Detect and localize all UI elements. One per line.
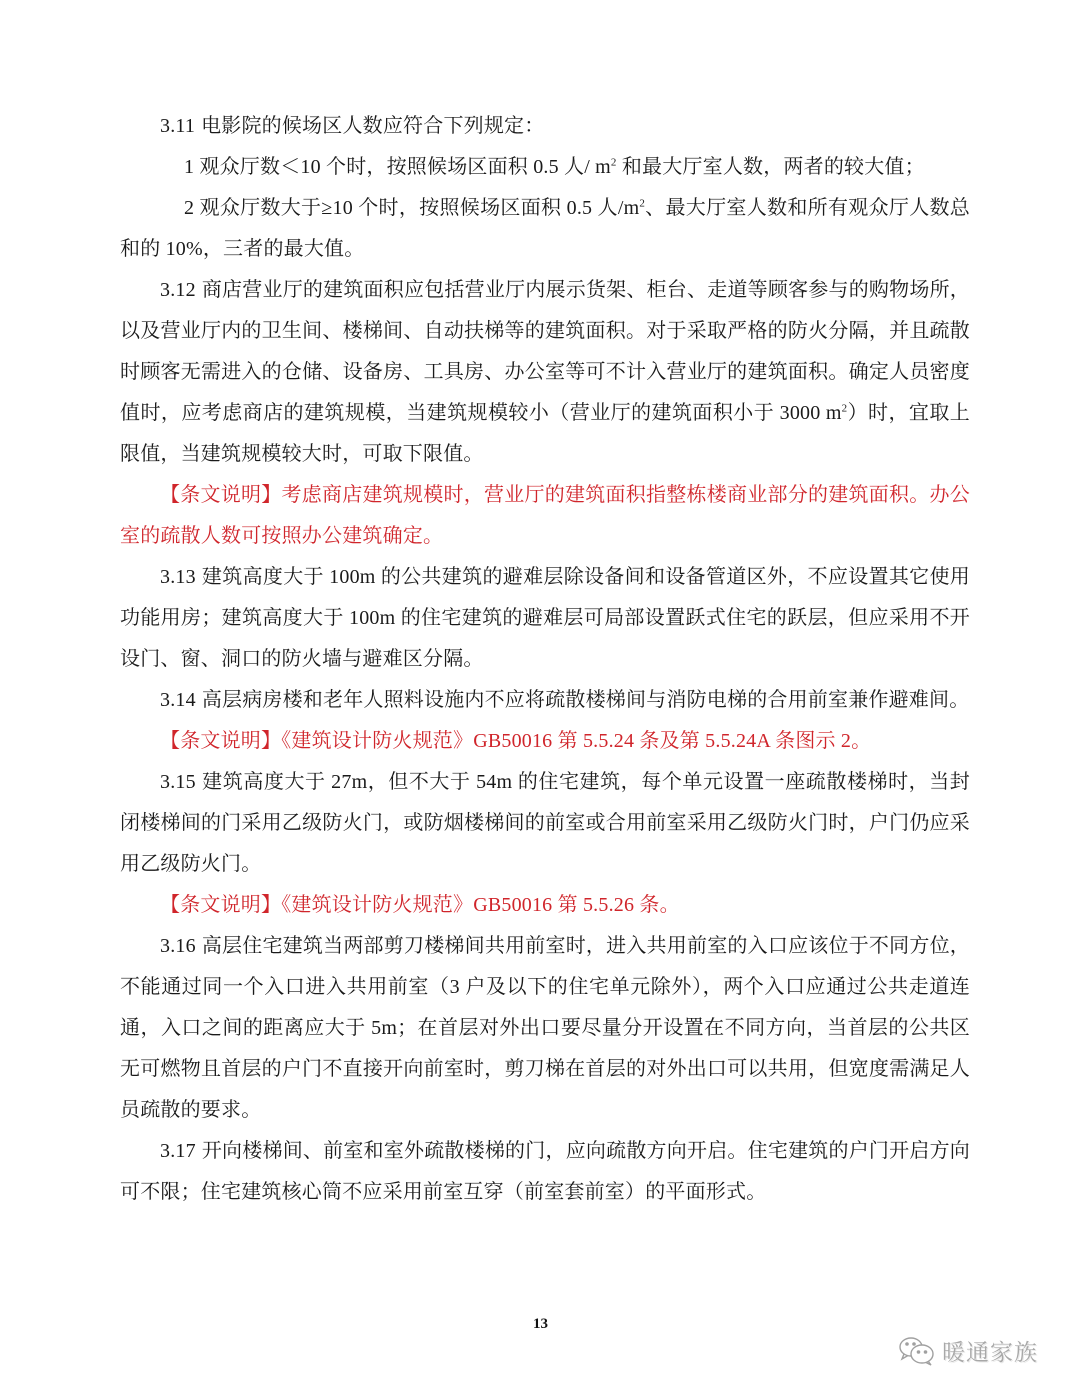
clause-text: 建筑高度大于 27m，但不大于 54m 的住宅建筑，每个单元设置一座疏散楼梯时，… <box>120 771 970 875</box>
item-text-cont: 和最大厅室人数，两者的较大值； <box>617 156 925 178</box>
clause-text: 高层病房楼和老年人照料设施内不应将疏散楼梯间与消防电梯的合用前室兼作避难间。 <box>202 689 970 711</box>
watermark-text: 暖通家族 <box>942 1334 1038 1367</box>
clause-text: 高层住宅建筑当两部剪刀楼梯间共用前室时，进入共用前室的入口应该位于不同方位，不能… <box>120 935 970 1121</box>
clause-number: 3.16 <box>160 935 196 957</box>
clause-3-11-item-1: 1 观众厅数＜10 个时，按照候场区面积 0.5 人/ m2 和最大厅室人数，两… <box>120 147 970 188</box>
clause-3-14-note: 【条文说明】《建筑设计防火规范》GB50016 第 5.5.24 条及第 5.5… <box>120 721 970 762</box>
clause-number: 3.12 <box>160 279 196 301</box>
clause-3-12-note: 【条文说明】考虑商店建筑规模时，营业厅的建筑面积指整栋楼商业部分的建筑面积。办公… <box>120 475 970 557</box>
clause-number: 3.17 <box>160 1140 196 1162</box>
clause-number: 3.14 <box>160 689 196 711</box>
note-text: 【条文说明】《建筑设计防火规范》GB50016 第 5.5.26 条。 <box>160 894 680 916</box>
item-text: 1 观众厅数＜10 个时，按照候场区面积 0.5 人/ m <box>184 156 611 178</box>
wechat-icon <box>898 1335 936 1367</box>
clause-3-11: 3.11电影院的候场区人数应符合下列规定： <box>120 106 970 147</box>
clause-3-16: 3.16高层住宅建筑当两部剪刀楼梯间共用前室时，进入共用前室的入口应该位于不同方… <box>120 926 970 1131</box>
clause-3-11-item-2: 2 观众厅数大于≥10 个时，按照候场区面积 0.5 人/m2、最大厅室人数和所… <box>120 188 970 270</box>
clause-3-14: 3.14高层病房楼和老年人照料设施内不应将疏散楼梯间与消防电梯的合用前室兼作避难… <box>120 680 970 721</box>
clause-text: 建筑高度大于 100m 的公共建筑的避难层除设备间和设备管道区外，不应设置其它使… <box>120 566 970 670</box>
note-text: 【条文说明】《建筑设计防火规范》GB50016 第 5.5.24 条及第 5.5… <box>160 730 871 752</box>
clause-3-13: 3.13建筑高度大于 100m 的公共建筑的避难层除设备间和设备管道区外，不应设… <box>120 557 970 680</box>
clause-3-12: 3.12商店营业厅的建筑面积应包括营业厅内展示货架、柜台、走道等顾客参与的购物场… <box>120 270 970 475</box>
clause-text: 电影院的候场区人数应符合下列规定： <box>201 115 544 137</box>
clause-3-15: 3.15建筑高度大于 27m，但不大于 54m 的住宅建筑，每个单元设置一座疏散… <box>120 762 970 885</box>
clause-3-15-note: 【条文说明】《建筑设计防火规范》GB50016 第 5.5.26 条。 <box>120 885 970 926</box>
clause-number: 3.15 <box>160 771 196 793</box>
clause-3-17: 3.17开向楼梯间、前室和室外疏散楼梯的门，应向疏散方向开启。住宅建筑的户门开启… <box>120 1131 970 1213</box>
watermark: 暖通家族 <box>898 1334 1038 1367</box>
note-text: 【条文说明】考虑商店建筑规模时，营业厅的建筑面积指整栋楼商业部分的建筑面积。办公… <box>120 484 970 547</box>
item-text: 2 观众厅数大于≥10 个时，按照候场区面积 0.5 人/m <box>184 197 639 219</box>
document-body: 3.11电影院的候场区人数应符合下列规定： 1 观众厅数＜10 个时，按照候场区… <box>120 106 970 1213</box>
clause-number: 3.13 <box>160 566 196 588</box>
page-number: 13 <box>533 1316 548 1333</box>
document-page: 3.11电影院的候场区人数应符合下列规定： 1 观众厅数＜10 个时，按照候场区… <box>0 0 1080 1398</box>
clause-number: 3.11 <box>160 115 195 137</box>
clause-text: 开向楼梯间、前室和室外疏散楼梯的门，应向疏散方向开启。住宅建筑的户门开启方向可不… <box>120 1140 970 1203</box>
